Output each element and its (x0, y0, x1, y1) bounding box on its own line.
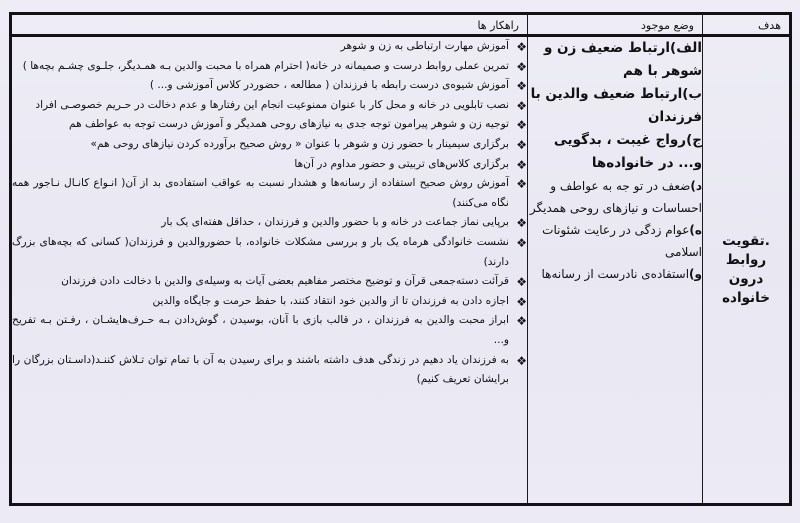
strategies-cell: ❖آموزش مهارت ارتباطی به زن و شوهر ❖تمرین… (11, 36, 528, 505)
scanned-page: هدف وضع موجود راهکار ها .تقویت روابط درو… (0, 0, 800, 523)
strategy-item: ❖ابراز محبت والدین به فرزندان ، در قالب … (12, 311, 527, 350)
strategy-item: ❖نشست خانوادگی هرماه یک بار و بررسی مشکل… (12, 233, 527, 272)
strategy-item: ❖برگزاری سیمینار با حضور زن و شوهر با عن… (12, 135, 527, 155)
header-status: وضع موجود (528, 14, 703, 36)
bullet-diamond-icon: ❖ (516, 156, 527, 174)
status-item: الف)ارتباط ضعیف زن و شوهر با هم (528, 37, 702, 83)
header-row: هدف وضع موجود راهکار ها (11, 14, 791, 36)
status-cell: الف)ارتباط ضعیف زن و شوهر با هم ب)ارتباط… (528, 36, 703, 505)
bullet-diamond-icon: ❖ (516, 58, 527, 76)
status-item: د)ضعف در تو جه به عواطف و احساسات و نیاز… (528, 175, 702, 219)
bullet-diamond-icon: ❖ (516, 234, 527, 252)
header-goal: هدف (703, 14, 791, 36)
strategy-item: ❖به فرزندان یاد دهیم در زندگی هدف داشته … (12, 351, 527, 390)
bullet-diamond-icon: ❖ (516, 312, 527, 330)
bullet-diamond-icon: ❖ (516, 38, 527, 56)
strategy-item: ❖آموزش روش صحیح استفاده از رسانه‌ها و هش… (12, 174, 527, 213)
strategy-item: ❖تمرین عملی روابط درست و صمیمانه در خانه… (12, 57, 527, 77)
strategy-item: ❖قرآئت دسته‌جمعی قرآن و توضیح مختصر مفاه… (12, 272, 527, 292)
content-row: .تقویت روابط درون خانواده الف)ارتباط ضعی… (11, 36, 791, 505)
bullet-diamond-icon: ❖ (516, 116, 527, 134)
bullet-diamond-icon: ❖ (516, 136, 527, 154)
strategy-item: ❖آموزش مهارت ارتباطی به زن و شوهر (12, 37, 527, 57)
strategy-item: ❖توجیه زن و شوهر پیرامون توجه جدی به نیا… (12, 115, 527, 135)
bullet-diamond-icon: ❖ (516, 293, 527, 311)
strategy-item: ❖برگزاری کلاس‌های تربیتی و حضور مداوم در… (12, 155, 527, 175)
header-strategies: راهکار ها (11, 14, 528, 36)
bullet-diamond-icon: ❖ (516, 352, 527, 370)
status-item: ه)عوام زدگی در رعایت شئونات اسلامی (528, 219, 702, 263)
bullet-diamond-icon: ❖ (516, 97, 527, 115)
goal-line-1: .تقویت روابط (703, 232, 789, 270)
status-item: ج)رواج غیبت ، بدگویی و... در خانواده‌ها (528, 129, 702, 175)
goal-cell: .تقویت روابط درون خانواده (703, 36, 791, 505)
goal-line-2: درون خانواده (703, 270, 789, 308)
strategy-item: ❖نصب تابلویی در خانه و محل کار با عنوان … (12, 96, 527, 116)
strategy-list: ❖آموزش مهارت ارتباطی به زن و شوهر ❖تمرین… (12, 37, 527, 390)
bullet-diamond-icon: ❖ (516, 273, 527, 291)
strategy-table: هدف وضع موجود راهکار ها .تقویت روابط درو… (9, 12, 792, 506)
strategy-item: ❖برپایی نماز جماعت در خانه و با حضور وال… (12, 213, 527, 233)
strategy-item: ❖اجازه دادن به فرزندان تا از والدین خود … (12, 292, 527, 312)
bullet-diamond-icon: ❖ (516, 175, 527, 193)
status-item: ب)ارتباط ضعیف والدین با فرزندان (528, 83, 702, 129)
strategy-item: ❖آموزش شیوه‌ی درست رابطه با فرزندان ( مط… (12, 76, 527, 96)
status-item: و)استفاده‌ی نادرست از رسانه‌ها (528, 263, 702, 285)
bullet-diamond-icon: ❖ (516, 214, 527, 232)
bullet-diamond-icon: ❖ (516, 77, 527, 95)
